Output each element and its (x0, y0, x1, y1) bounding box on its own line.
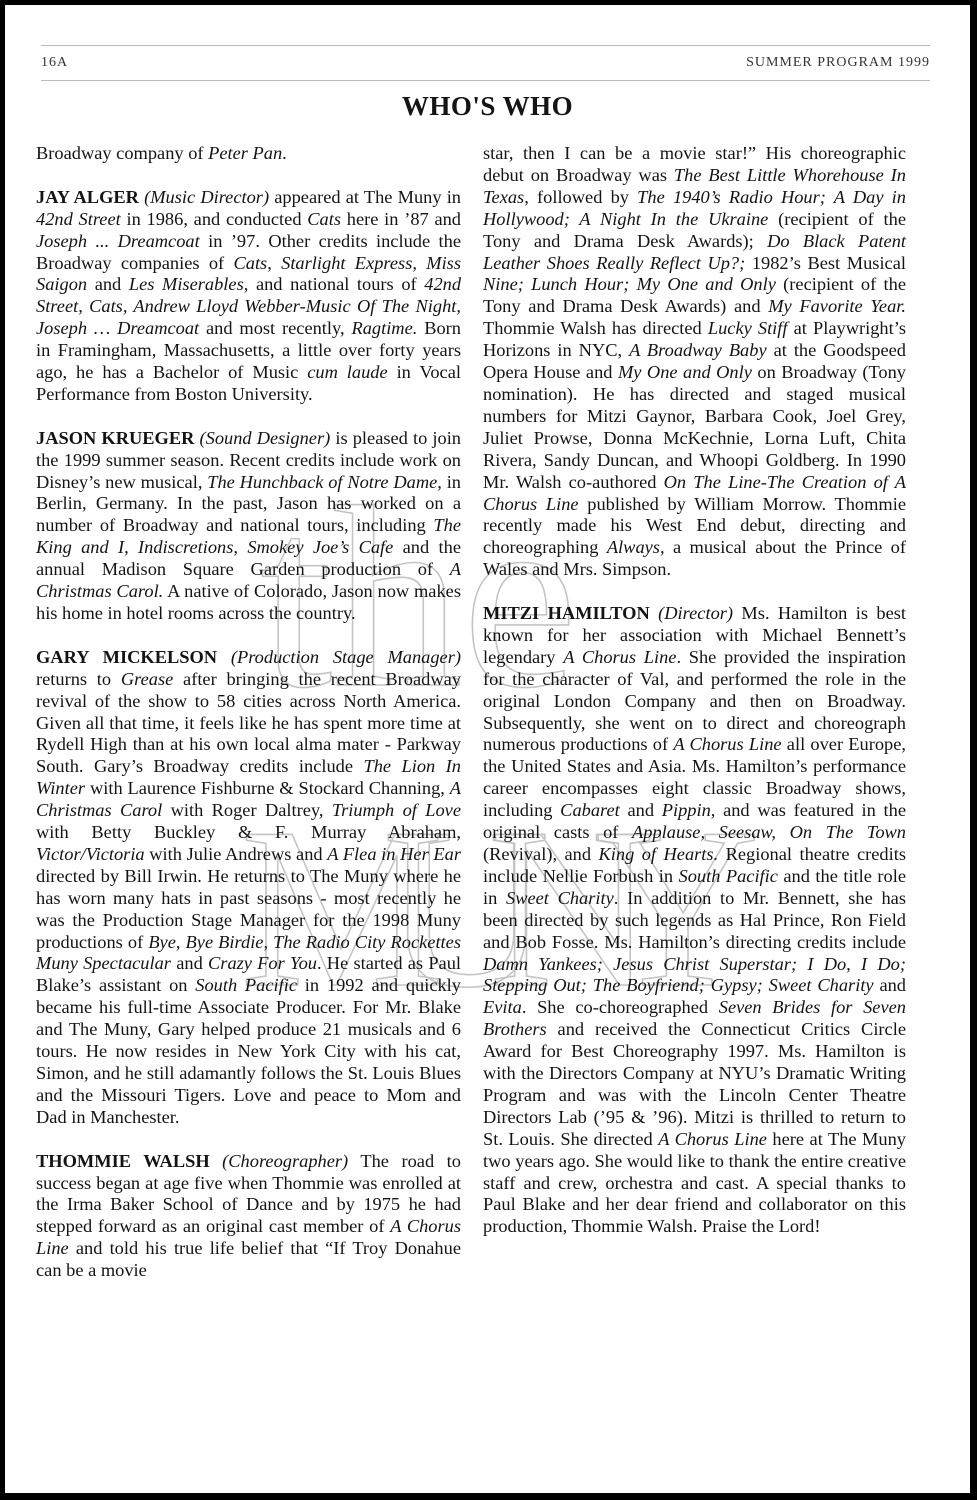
bio-name: THOMMIE WALSH (36, 1151, 210, 1171)
show-title: Applause, Seesaw, On The Town (632, 822, 906, 842)
show-title: A Chorus Line (36, 1216, 461, 1258)
page-number: 16A (41, 55, 68, 71)
show-title: A Chorus Line (658, 1129, 767, 1149)
show-title: South Pacific (195, 975, 297, 995)
show-title: The 1940’s Radio Hour; A Day in Hollywoo… (483, 187, 906, 229)
bio-entry: JAY ALGER (Music Director) appeared at T… (36, 187, 461, 406)
bio-name: MITZI HAMILTON (483, 603, 650, 623)
show-title: Pippin, (662, 800, 716, 820)
continued-bio-text: Broadway company of Peter Pan. (36, 143, 461, 165)
show-title: South Pacific (679, 866, 778, 886)
show-title: Cats (307, 209, 341, 229)
show-title: 42nd Street (36, 209, 121, 229)
program-page: 16A SUMMER PROGRAM 1999 WHO'S WHO the MU… (5, 5, 970, 1493)
show-title: My Favorite Year. (768, 296, 906, 316)
right-column: star, then I can be a movie star!” His c… (483, 143, 906, 1260)
show-title: The Lion In Winter (36, 756, 461, 798)
show-title: Grease (121, 669, 173, 689)
show-title: On The Line-The Creation of A Chorus Lin… (483, 472, 906, 514)
show-title: Victor/Victoria (36, 844, 145, 864)
show-title: Triumph of Love (332, 800, 461, 820)
bio-role: (Sound Designer) (194, 428, 330, 448)
show-title: cum laude (307, 362, 387, 382)
show-title: Les Miserables, (129, 274, 248, 294)
continued-bio-text: star, then I can be a movie star!” His c… (483, 143, 906, 581)
show-title: A Christmas Carol. (36, 559, 461, 601)
running-header: 16A SUMMER PROGRAM 1999 (41, 45, 930, 81)
show-title: Lucky Stiff (708, 318, 788, 338)
show-title: Always, (607, 537, 665, 557)
show-title: Joseph ... Dreamcoat (36, 231, 200, 251)
bio-role: (Choreographer) (210, 1151, 349, 1171)
bio-role: (Director) (650, 603, 733, 623)
bio-entry: GARY MICKELSON (Production Stage Manager… (36, 647, 461, 1129)
show-title: Crazy For You (208, 953, 317, 973)
bio-role: (Music Director) (139, 187, 269, 207)
show-title: A Flea in Her Ear (327, 844, 461, 864)
show-title: Nine; Lunch Hour; My One and Only (483, 274, 776, 294)
bio-role: (Production Stage Manager) (217, 647, 461, 667)
show-title: Sweet Charity (506, 888, 614, 908)
bio-name: JASON KRUEGER (36, 428, 194, 448)
left-column: Broadway company of Peter Pan. JAY ALGER… (36, 143, 461, 1304)
show-title: Evita (483, 997, 522, 1017)
show-title: The King and I, Indiscretions, Smokey Jo… (36, 515, 461, 557)
show-title: King of Hearts. (599, 844, 719, 864)
bio-name: GARY MICKELSON (36, 647, 217, 667)
publication-title: SUMMER PROGRAM 1999 (746, 55, 930, 71)
bio-entry: JASON KRUEGER (Sound Designer) is please… (36, 428, 461, 625)
show-title: Peter Pan (208, 143, 282, 163)
page-title: WHO'S WHO (5, 91, 970, 122)
bio-entry: THOMMIE WALSH (Choreographer) The road t… (36, 1151, 461, 1282)
left-bios: JAY ALGER (Music Director) appeared at T… (36, 187, 461, 1282)
right-bios: MITZI HAMILTON (Director) Ms. Hamilton i… (483, 603, 906, 1238)
show-title: A Broadway Baby (629, 340, 767, 360)
show-title: Seven Brides for Seven Brothers (483, 997, 906, 1039)
bio-name: JAY ALGER (36, 187, 139, 207)
show-title: The Hunchback of Notre Dame, (207, 472, 442, 492)
show-title: Cats, Starlight Express, Miss Saigon (36, 253, 461, 295)
show-title: A Chorus Line (673, 734, 781, 754)
show-title: My One and Only (618, 362, 752, 382)
show-title: Cabaret (560, 800, 620, 820)
show-title: Damn Yankees; Jesus Christ Superstar; I … (483, 954, 906, 996)
show-title: A Chorus Line (563, 647, 676, 667)
bio-entry: MITZI HAMILTON (Director) Ms. Hamilton i… (483, 603, 906, 1238)
show-title: Ragtime. (351, 318, 417, 338)
show-title: Do Black Patent Leather Shoes Really Ref… (483, 231, 906, 273)
